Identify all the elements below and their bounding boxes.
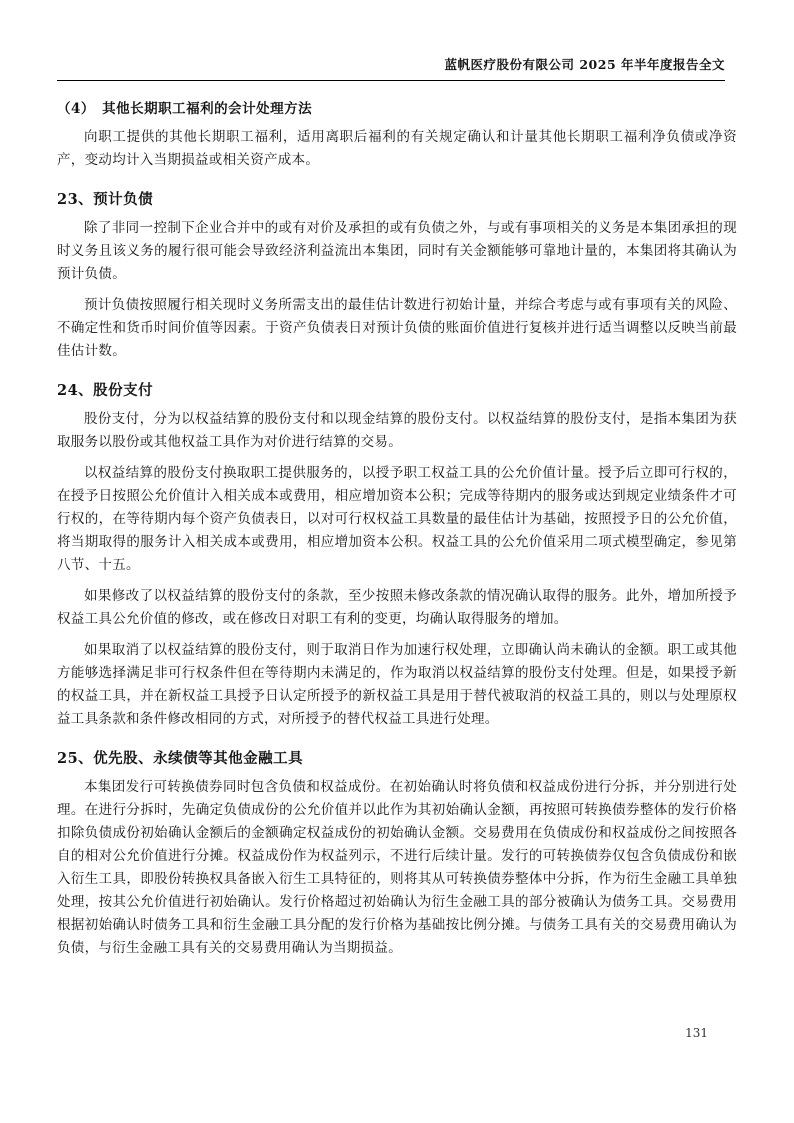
section-other-long-term-benefits: （4） 其他长期职工福利的会计处理方法 向职工提供的其他长期职工福利，适用离职后… bbox=[57, 100, 737, 172]
section-preferred-shares-perpetual-bonds: 25、优先股、永续债等其他金融工具 本集团发行可转换债券同时包含负债和权益成份。… bbox=[57, 749, 737, 960]
paragraph: 向职工提供的其他长期职工福利，适用离职后福利的有关规定确认和计量其他长期职工福利… bbox=[57, 126, 737, 172]
section-heading: 25、优先股、永续债等其他金融工具 bbox=[57, 749, 737, 768]
section-heading: 23、预计负债 bbox=[57, 190, 737, 209]
paragraph: 本集团发行可转换债券同时包含负债和权益成份。在初始确认时将负债和权益成份进行分拆… bbox=[57, 776, 737, 960]
section-share-based-payment: 24、股份支付 股份支付，分为以权益结算的股份支付和以现金结算的股份支付。以权益… bbox=[57, 381, 737, 731]
paragraph: 如果取消了以权益结算的股份支付，则于取消日作为加速行权处理，立即确认尚未确认的金… bbox=[57, 639, 737, 731]
paragraph: 预计负债按照履行相关现时义务所需支出的最佳估计数进行初始计量，并综合考虑与或有事… bbox=[57, 294, 737, 363]
paragraph: 除了非同一控制下企业合并中的或有对价及承担的或有负债之外，与或有事项相关的义务是… bbox=[57, 217, 737, 286]
report-page: 蓝帆医疗股份有限公司 2025 年半年度报告全文 （4） 其他长期职工福利的会计… bbox=[0, 0, 794, 1123]
paragraph: 如果修改了以权益结算的股份支付的条款，至少按照未修改条款的情况确认取得的服务。此… bbox=[57, 585, 737, 631]
paragraph: 以权益结算的股份支付换取职工提供服务的，以授予职工权益工具的公允价值计量。授予后… bbox=[57, 462, 737, 577]
page-header: 蓝帆医疗股份有限公司 2025 年半年度报告全文 bbox=[57, 55, 725, 81]
page-number: 131 bbox=[685, 1026, 708, 1040]
paragraph: 股份支付，分为以权益结算的股份支付和以现金结算的股份支付。以权益结算的股份支付，… bbox=[57, 408, 737, 454]
page-content: （4） 其他长期职工福利的会计处理方法 向职工提供的其他长期职工福利，适用离职后… bbox=[57, 82, 737, 960]
section-heading: （4） 其他长期职工福利的会计处理方法 bbox=[57, 100, 737, 118]
section-estimated-liabilities: 23、预计负债 除了非同一控制下企业合并中的或有对价及承担的或有负债之外，与或有… bbox=[57, 190, 737, 363]
header-title: 蓝帆医疗股份有限公司 2025 年半年度报告全文 bbox=[445, 57, 726, 72]
section-heading: 24、股份支付 bbox=[57, 381, 737, 400]
